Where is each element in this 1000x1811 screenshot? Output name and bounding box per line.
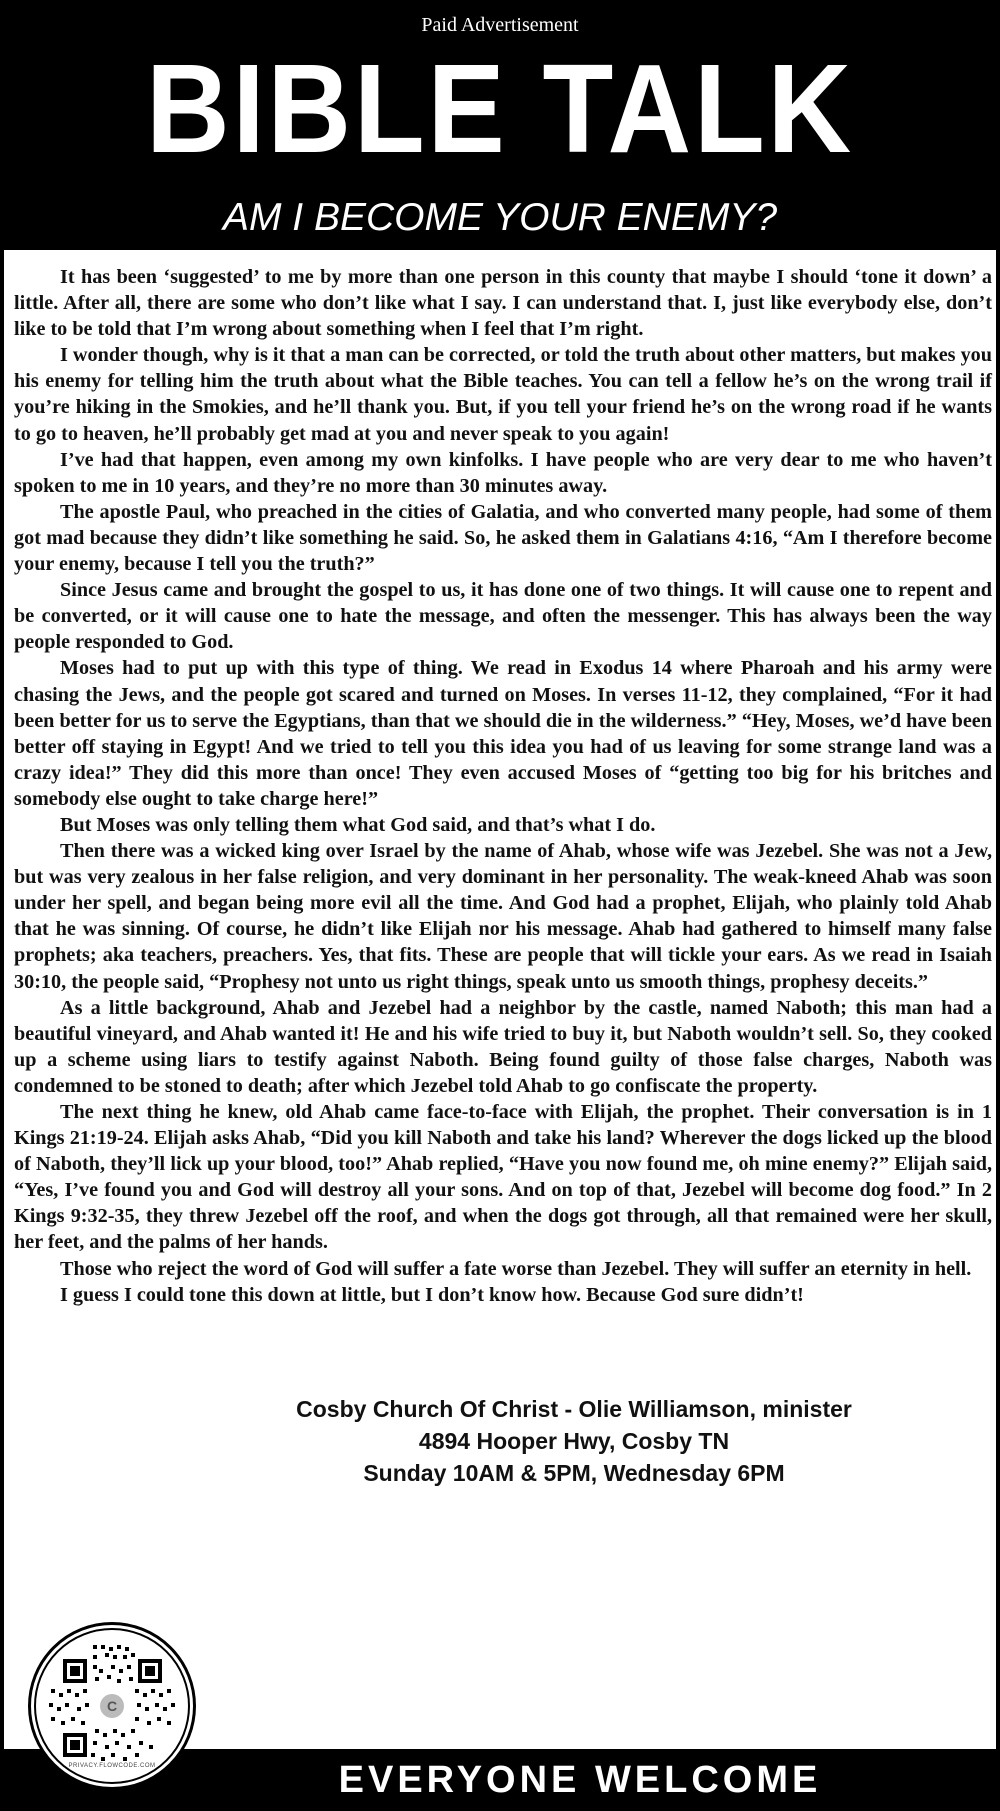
ad-header: Paid Advertisement BIBLE TALK AM I BECOM… (0, 0, 1000, 250)
article-paragraph: I wonder though, why is it that a man ca… (14, 342, 992, 446)
church-address: 4894 Hooper Hwy, Cosby TN (244, 1425, 904, 1457)
article-paragraph: Then there was a wicked king over Israel… (14, 838, 992, 995)
article-paragraph: The apostle Paul, who preached in the ci… (14, 499, 992, 577)
service-schedule: Sunday 10AM & 5PM, Wednesday 6PM (244, 1457, 904, 1489)
article-panel: It has been ‘suggested’ to me by more th… (4, 250, 996, 1750)
article-paragraph: Since Jesus came and brought the gospel … (14, 577, 992, 655)
article-paragraph: I guess I could tone this down at little… (14, 1282, 992, 1308)
qr-center-logo: C (100, 1694, 124, 1718)
article-paragraph: I’ve had that happen, even among my own … (14, 447, 992, 499)
page-title: BIBLE TALK (40, 44, 960, 174)
article-paragraph: Moses had to put up with this type of th… (14, 655, 992, 812)
article-paragraph: The next thing he knew, old Ahab came fa… (14, 1099, 992, 1256)
article-paragraph: But Moses was only telling them what God… (14, 812, 992, 838)
qr-caption: PRIVACY.FLOWCODE.COM (31, 1763, 193, 1769)
church-contact-block: Cosby Church Of Christ - Olie Williamson… (244, 1393, 904, 1489)
paid-advertisement-label: Paid Advertisement (0, 14, 1000, 37)
article-paragraph: Those who reject the word of God will su… (14, 1256, 992, 1282)
article-paragraph: It has been ‘suggested’ to me by more th… (14, 264, 992, 342)
church-name-line: Cosby Church Of Christ - Olie Williamson… (244, 1393, 904, 1425)
qr-code-icon[interactable]: C PRIVACY.FLOWCODE.COM (28, 1622, 196, 1790)
article-paragraph: As a little background, Ahab and Jezebel… (14, 995, 992, 1099)
everyone-welcome-text: EVERYONE WELCOME (230, 1752, 930, 1808)
article-body: It has been ‘suggested’ to me by more th… (14, 264, 992, 1308)
article-subtitle: AM I BECOME YOUR ENEMY? (0, 196, 1000, 240)
